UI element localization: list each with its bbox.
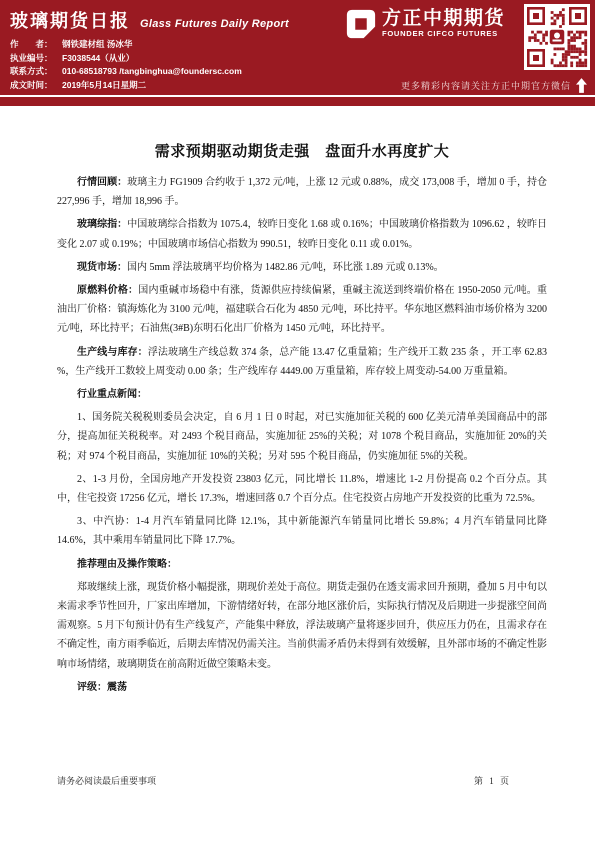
paragraph-market-review: 行情回顾：玻璃主力 FG1909 合约收于 1,372 元/吨，上涨 12 元或…: [57, 173, 547, 211]
footer-disclaimer: 请务必阅读最后重要事项: [57, 774, 156, 787]
section-text-market-review: 玻璃主力 FG1909 合约收于 1,372 元/吨，上涨 12 元或 0.88…: [57, 177, 547, 207]
header-red-band: [0, 97, 595, 106]
section-lead-glass-index: 玻璃综指：: [77, 219, 127, 230]
brand-block: 方正中期期货 FOUNDER CIFCO FUTURES: [346, 9, 505, 39]
news-item-3: 3、中汽协：1-4 月汽车销量同比降 12.1%，其中新能源汽车销量同比增长 5…: [57, 512, 547, 550]
brand-name-cn: 方正中期期货: [382, 9, 505, 29]
footer-page-number: 第 1 页: [474, 774, 547, 787]
contact-value: 010-68518793 /tangbinghua@foundersc.com: [62, 65, 242, 79]
masthead: 玻璃期货日报 Glass Futures Daily Report 作 者： 钢…: [10, 7, 289, 92]
contact-label: 联系方式：: [10, 65, 62, 79]
wechat-follow-note: 更多精彩内容请关注方正中期官方微信: [401, 79, 571, 92]
section-text-spot-market: 国内 5mm 浮法玻璃平均价格为 1482.86 元/吨，环比涨 1.89 元或…: [127, 262, 444, 273]
date-label: 成文时间：: [10, 79, 62, 93]
license-label: 执业编号：: [10, 52, 62, 66]
report-title: 玻璃期货日报: [10, 7, 130, 33]
author-info-block: 作 者： 钢铁建材组 汤冰华 执业编号： F3038544（从业） 联系方式： …: [10, 38, 289, 92]
arrow-up-icon: [576, 78, 587, 93]
author-row: 作 者： 钢铁建材组 汤冰华: [10, 38, 289, 52]
strategy-heading: 推荐理由及操作策略：: [57, 555, 547, 574]
news-item-1: 1、国务院关税税则委员会决定，自 6 月 1 日 0 时起，对已实施加征关税的 …: [57, 408, 547, 466]
rating-value: 震荡: [107, 682, 127, 693]
paragraph-glass-index: 玻璃综指：中国玻璃综合指数为 1075.4，较昨日变化 1.68 或 0.16%…: [57, 215, 547, 253]
license-row: 执业编号： F3038544（从业）: [10, 52, 289, 66]
paragraph-spot-market: 现货市场：国内 5mm 浮法玻璃平均价格为 1482.86 元/吨，环比涨 1.…: [57, 258, 547, 277]
section-text-glass-index: 中国玻璃综合指数为 1075.4，较昨日变化 1.68 或 0.16%；中国玻璃…: [57, 219, 547, 249]
news-item-2: 2、1-3 月份，全国房地产开发投资 23803 亿元，同比增长 11.8%，增…: [57, 470, 547, 508]
paragraph-production-inventory: 生产线与库存：浮法玻璃生产线总数 374 条，总产能 13.47 亿重量箱；生产…: [57, 343, 547, 381]
news-heading: 行业重点新闻：: [57, 385, 547, 404]
contact-row: 联系方式： 010-68518793 /tangbinghua@founders…: [10, 65, 289, 79]
section-lead-spot-market: 现货市场：: [77, 262, 127, 273]
article-title: 需求预期驱动期货走强 盘面升水再度扩大: [57, 140, 547, 161]
author-value: 钢铁建材组 汤冰华: [62, 38, 132, 52]
founder-logo-icon: [346, 9, 376, 39]
section-lead-market-review: 行情回顾：: [77, 177, 127, 188]
article-body: 需求预期驱动期货走强 盘面升水再度扩大 行情回顾：玻璃主力 FG1909 合约收…: [0, 140, 595, 697]
date-value: 2019年5月14日星期二: [62, 79, 146, 93]
section-lead-production-inventory: 生产线与库存：: [77, 347, 148, 358]
brand-name-en: FOUNDER CIFCO FUTURES: [382, 29, 505, 38]
author-label: 作 者：: [10, 38, 62, 52]
section-lead-raw-materials: 原燃料价格：: [77, 285, 138, 296]
wechat-qr-code: [524, 4, 590, 70]
report-title-en: Glass Futures Daily Report: [140, 18, 289, 30]
strategy-paragraph: 郑玻继续上涨，现货价格小幅提涨，期现价差处于高位。期货走强仍在透支需求回升预期，…: [57, 578, 547, 674]
date-row: 成文时间： 2019年5月14日星期二: [10, 79, 289, 93]
report-header: 玻璃期货日报 Glass Futures Daily Report 作 者： 钢…: [0, 0, 595, 95]
license-value: F3038544（从业）: [62, 52, 134, 66]
rating-line: 评级：震荡: [57, 678, 547, 697]
rating-label: 评级：: [77, 682, 107, 693]
paragraph-raw-materials: 原燃料价格：国内重碱市场稳中有涨，货源供应持续偏紧，重碱主流送到终端价格在 19…: [57, 281, 547, 339]
page-footer: 请务必阅读最后重要事项 第 1 页: [57, 774, 547, 787]
